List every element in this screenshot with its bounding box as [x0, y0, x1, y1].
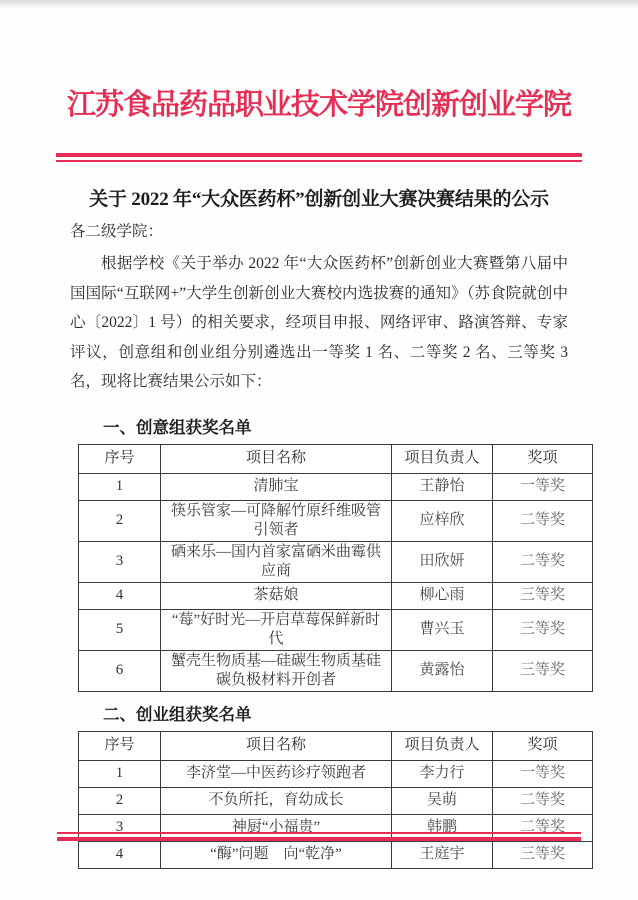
- column-header: 项目负责人: [392, 731, 493, 760]
- table-cell: 4: [79, 841, 161, 868]
- table-cell: 蟹壳生物质基—硅碳生物质基硅碳负极材料开创者: [161, 650, 392, 691]
- table-cell: 茶菇娘: [161, 582, 392, 609]
- table-row: 4“酶”问题 向“乾净”王庭宇三等奖: [79, 841, 593, 868]
- table-cell: 二等奖: [493, 787, 593, 814]
- letterhead-title: 江苏食品药品职业技术学院创新创业学院: [0, 0, 638, 123]
- table-row: 2筷乐管家—可降解竹原纤维吸管引领者应梓欣二等奖: [79, 500, 593, 541]
- header-double-rule: [56, 153, 582, 162]
- table-cell: 不负所托，育幼成长: [161, 787, 392, 814]
- table-cell: 4: [79, 582, 161, 609]
- table-row: 4茶菇娘柳心雨三等奖: [79, 582, 593, 609]
- body-paragraph: 根据学校《关于举办 2022 年“大众医药杯”创新创业大赛暨第八届中国国际“互联…: [70, 249, 568, 397]
- table-cell: 王静怡: [392, 473, 493, 500]
- creative-group-section: 一、创意组获奖名单 序号项目名称项目负责人奖项1清肺宝王静怡一等奖2筷乐管家—可…: [78, 414, 580, 692]
- salutation: 各二级学院：: [70, 220, 568, 243]
- footer-double-rule: [57, 832, 581, 841]
- table-row: 3硒来乐—国内首家富硒米曲霉供应商田欣妍二等奖: [79, 541, 593, 582]
- table-cell: “莓”好时光—开启草莓保鲜新时代: [161, 609, 392, 650]
- table-row: 5“莓”好时光—开启草莓保鲜新时代曹兴玉三等奖: [79, 609, 593, 650]
- table-cell: 李力行: [392, 760, 493, 787]
- column-header: 序号: [79, 731, 161, 760]
- column-header: 奖项: [493, 444, 593, 473]
- creative-group-heading: 一、创意组获奖名单: [103, 414, 580, 438]
- table-cell: 一等奖: [493, 760, 593, 787]
- table-cell: 一等奖: [493, 473, 593, 500]
- column-header: 序号: [79, 444, 161, 473]
- table-row: 6蟹壳生物质基—硅碳生物质基硅碳负极材料开创者黄露怡三等奖: [79, 650, 593, 691]
- column-header: 项目名称: [161, 731, 392, 760]
- table-header-row: 序号项目名称项目负责人奖项: [79, 444, 593, 473]
- column-header: 项目负责人: [392, 444, 493, 473]
- table-cell: 三等奖: [493, 841, 593, 868]
- table-cell: 筷乐管家—可降解竹原纤维吸管引领者: [161, 500, 392, 541]
- startup-group-section: 二、创业组获奖名单 序号项目名称项目负责人奖项1李济堂—中医药诊疗领跑者李力行一…: [78, 701, 580, 869]
- table-cell: 李济堂—中医药诊疗领跑者: [161, 760, 392, 787]
- document-body: 各二级学院： 根据学校《关于举办 2022 年“大众医药杯”创新创业大赛暨第八届…: [70, 220, 568, 397]
- table-cell: 6: [79, 650, 161, 691]
- table-cell: 二等奖: [493, 500, 593, 541]
- table-cell: 曹兴玉: [392, 609, 493, 650]
- table-cell: 3: [79, 541, 161, 582]
- startup-awards-table: 序号项目名称项目负责人奖项1李济堂—中医药诊疗领跑者李力行一等奖2不负所托，育幼…: [78, 731, 593, 869]
- table-cell: 硒来乐—国内首家富硒米曲霉供应商: [161, 541, 392, 582]
- table-cell: 王庭宇: [392, 841, 493, 868]
- table-cell: 三等奖: [493, 609, 593, 650]
- table-cell: 应梓欣: [392, 500, 493, 541]
- document-page: 江苏食品药品职业技术学院创新创业学院 关于 2022 年“大众医药杯”创新创业大…: [0, 0, 638, 900]
- table-row: 1李济堂—中医药诊疗领跑者李力行一等奖: [79, 760, 593, 787]
- table-cell: 2: [79, 500, 161, 541]
- table-cell: 5: [79, 609, 161, 650]
- column-header: 奖项: [493, 731, 593, 760]
- table-cell: 三等奖: [493, 582, 593, 609]
- table-cell: 黄露怡: [392, 650, 493, 691]
- table-cell: 柳心雨: [392, 582, 493, 609]
- table-cell: “酶”问题 向“乾净”: [161, 841, 392, 868]
- table-cell: 1: [79, 760, 161, 787]
- table-cell: 2: [79, 787, 161, 814]
- table-cell: 清肺宝: [161, 473, 392, 500]
- table-cell: 田欣妍: [392, 541, 493, 582]
- column-header: 项目名称: [161, 444, 392, 473]
- table-row: 2不负所托，育幼成长吴萌二等奖: [79, 787, 593, 814]
- table-cell: 三等奖: [493, 650, 593, 691]
- table-row: 1清肺宝王静怡一等奖: [79, 473, 593, 500]
- table-cell: 二等奖: [493, 541, 593, 582]
- table-header-row: 序号项目名称项目负责人奖项: [79, 731, 593, 760]
- startup-group-heading: 二、创业组获奖名单: [103, 701, 580, 725]
- document-title: 关于 2022 年“大众医药杯”创新创业大赛决赛结果的公示: [0, 184, 638, 211]
- table-cell: 吴萌: [392, 787, 493, 814]
- creative-awards-table: 序号项目名称项目负责人奖项1清肺宝王静怡一等奖2筷乐管家—可降解竹原纤维吸管引领…: [78, 444, 593, 692]
- table-cell: 1: [79, 473, 161, 500]
